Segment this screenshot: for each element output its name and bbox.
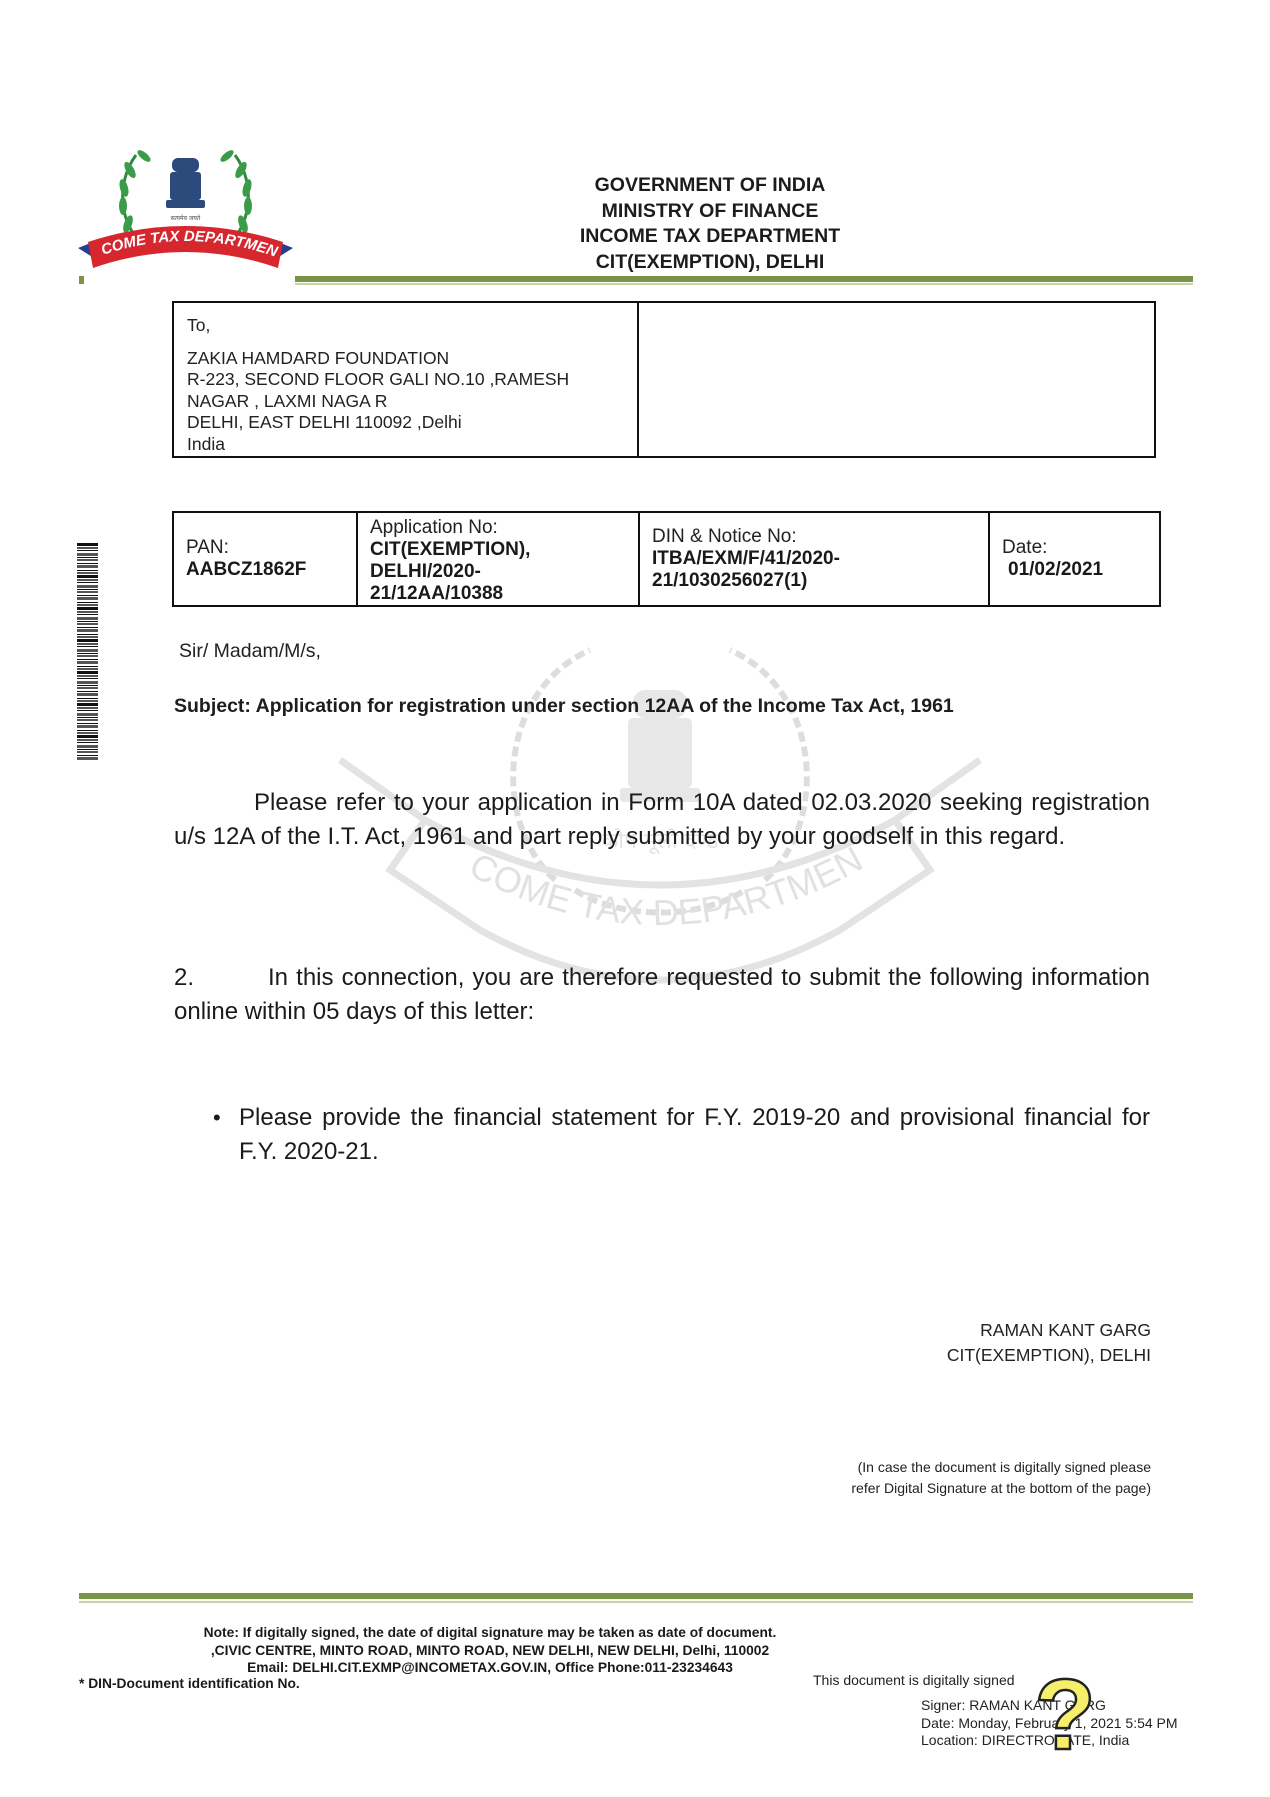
address-line: NAGAR , LAXMI NAGA R [187, 391, 625, 413]
signatory-block: RAMAN KANT GARG CIT(EXEMPTION), DELHI [947, 1318, 1151, 1368]
din-cell: DIN & Notice No: ITBA/EXM/F/41/2020- 21/… [640, 513, 990, 605]
application-no-value: 21/12AA/10388 [370, 583, 638, 605]
digital-signature-title: This document is digitally signed [813, 1672, 1015, 1688]
to-label: To, [187, 315, 625, 337]
requirement-text: Please provide the financial statement f… [239, 1101, 1150, 1169]
footer-divider [79, 1593, 1193, 1603]
svg-text:?: ? [1035, 1661, 1095, 1761]
logo-marker [79, 276, 84, 284]
header-line-government: GOVERNMENT OF INDIA [520, 173, 900, 199]
footer-note: Note: If digitally signed, the date of d… [150, 1624, 830, 1642]
pan-cell: PAN: AABCZ1862F [174, 513, 358, 605]
address-line: R-223, SECOND FLOOR GALI NO.10 ,RAMESH [187, 369, 625, 391]
application-no-value: DELHI/2020- [370, 561, 638, 583]
addressee-details: To, ZAKIA HAMDARD FOUNDATION R-223, SECO… [174, 303, 639, 456]
din-value: ITBA/EXM/F/41/2020- [652, 548, 988, 570]
signatory-designation: CIT(EXEMPTION), DELHI [947, 1343, 1151, 1368]
footer-contact: Note: If digitally signed, the date of d… [150, 1624, 830, 1677]
salutation: Sir/ Madam/M/s, [179, 640, 321, 663]
header-line-department: INCOME TAX DEPARTMENT [520, 224, 900, 250]
subject-line: Subject: Application for registration un… [174, 695, 954, 718]
notice-info-table: PAN: AABCZ1862F Application No: CIT(EXEM… [172, 511, 1161, 607]
note-line: refer Digital Signature at the bottom of… [851, 1478, 1151, 1499]
footer-email-phone: Email: DELHI.CIT.EXMP@INCOMETAX.GOV.IN, … [150, 1659, 830, 1677]
note-line: (In case the document is digitally signe… [851, 1457, 1151, 1478]
din-label: DIN & Notice No: [652, 526, 988, 548]
digital-signature-note: (In case the document is digitally signe… [851, 1457, 1151, 1499]
header-line-ministry: MINISTRY OF FINANCE [520, 199, 900, 225]
paragraph-2: 2.In this connection, you are therefore … [174, 961, 1150, 1029]
date-value: 01/02/2021 [1002, 559, 1159, 581]
din-footnote: * DIN-Document identification No. [79, 1676, 300, 1691]
svg-text:सत्यमेव जयते: सत्यमेव जयते [171, 214, 201, 222]
application-no-value: CIT(EXEMPTION), [370, 539, 638, 561]
header-divider [295, 276, 1193, 285]
addressee-name: ZAKIA HAMDARD FOUNDATION [187, 348, 625, 370]
pan-label: PAN: [186, 537, 356, 559]
income-tax-department-logo: सत्यमेव जयते कोष मूलो दण्ड INCOME TAX DE… [78, 130, 293, 280]
addressee-empty-cell [639, 303, 1154, 456]
din-value: 21/1030256027(1) [652, 570, 988, 592]
requirement-list-item: • Please provide the financial statement… [213, 1101, 1150, 1169]
pan-value: AABCZ1862F [186, 559, 356, 581]
document-header: GOVERNMENT OF INDIA MINISTRY OF FINANCE … [520, 173, 900, 275]
date-cell: Date: 01/02/2021 [990, 513, 1159, 605]
application-no-label: Application No: [370, 517, 638, 539]
question-mark-icon[interactable]: ? [1035, 1661, 1095, 1761]
addressee-box: To, ZAKIA HAMDARD FOUNDATION R-223, SECO… [172, 301, 1156, 458]
application-no-cell: Application No: CIT(EXEMPTION), DELHI/20… [358, 513, 640, 605]
footer-address: ,CIVIC CENTRE, MINTO ROAD, MINTO ROAD, N… [150, 1642, 830, 1660]
address-line: DELHI, EAST DELHI 110092 ,Delhi [187, 412, 625, 434]
paragraph-2-text: In this connection, you are therefore re… [174, 964, 1150, 1025]
address-country: India [187, 434, 625, 456]
bullet-icon: • [213, 1101, 221, 1135]
paragraph-1-text: Please refer to your application in Form… [174, 789, 1150, 850]
date-label: Date: [1002, 537, 1159, 559]
paragraph-1: Please refer to your application in Form… [174, 786, 1150, 854]
paragraph-number: 2. [174, 961, 268, 995]
signatory-name: RAMAN KANT GARG [947, 1318, 1151, 1343]
barcode [77, 543, 98, 761]
header-line-office: CIT(EXEMPTION), DELHI [520, 250, 900, 276]
